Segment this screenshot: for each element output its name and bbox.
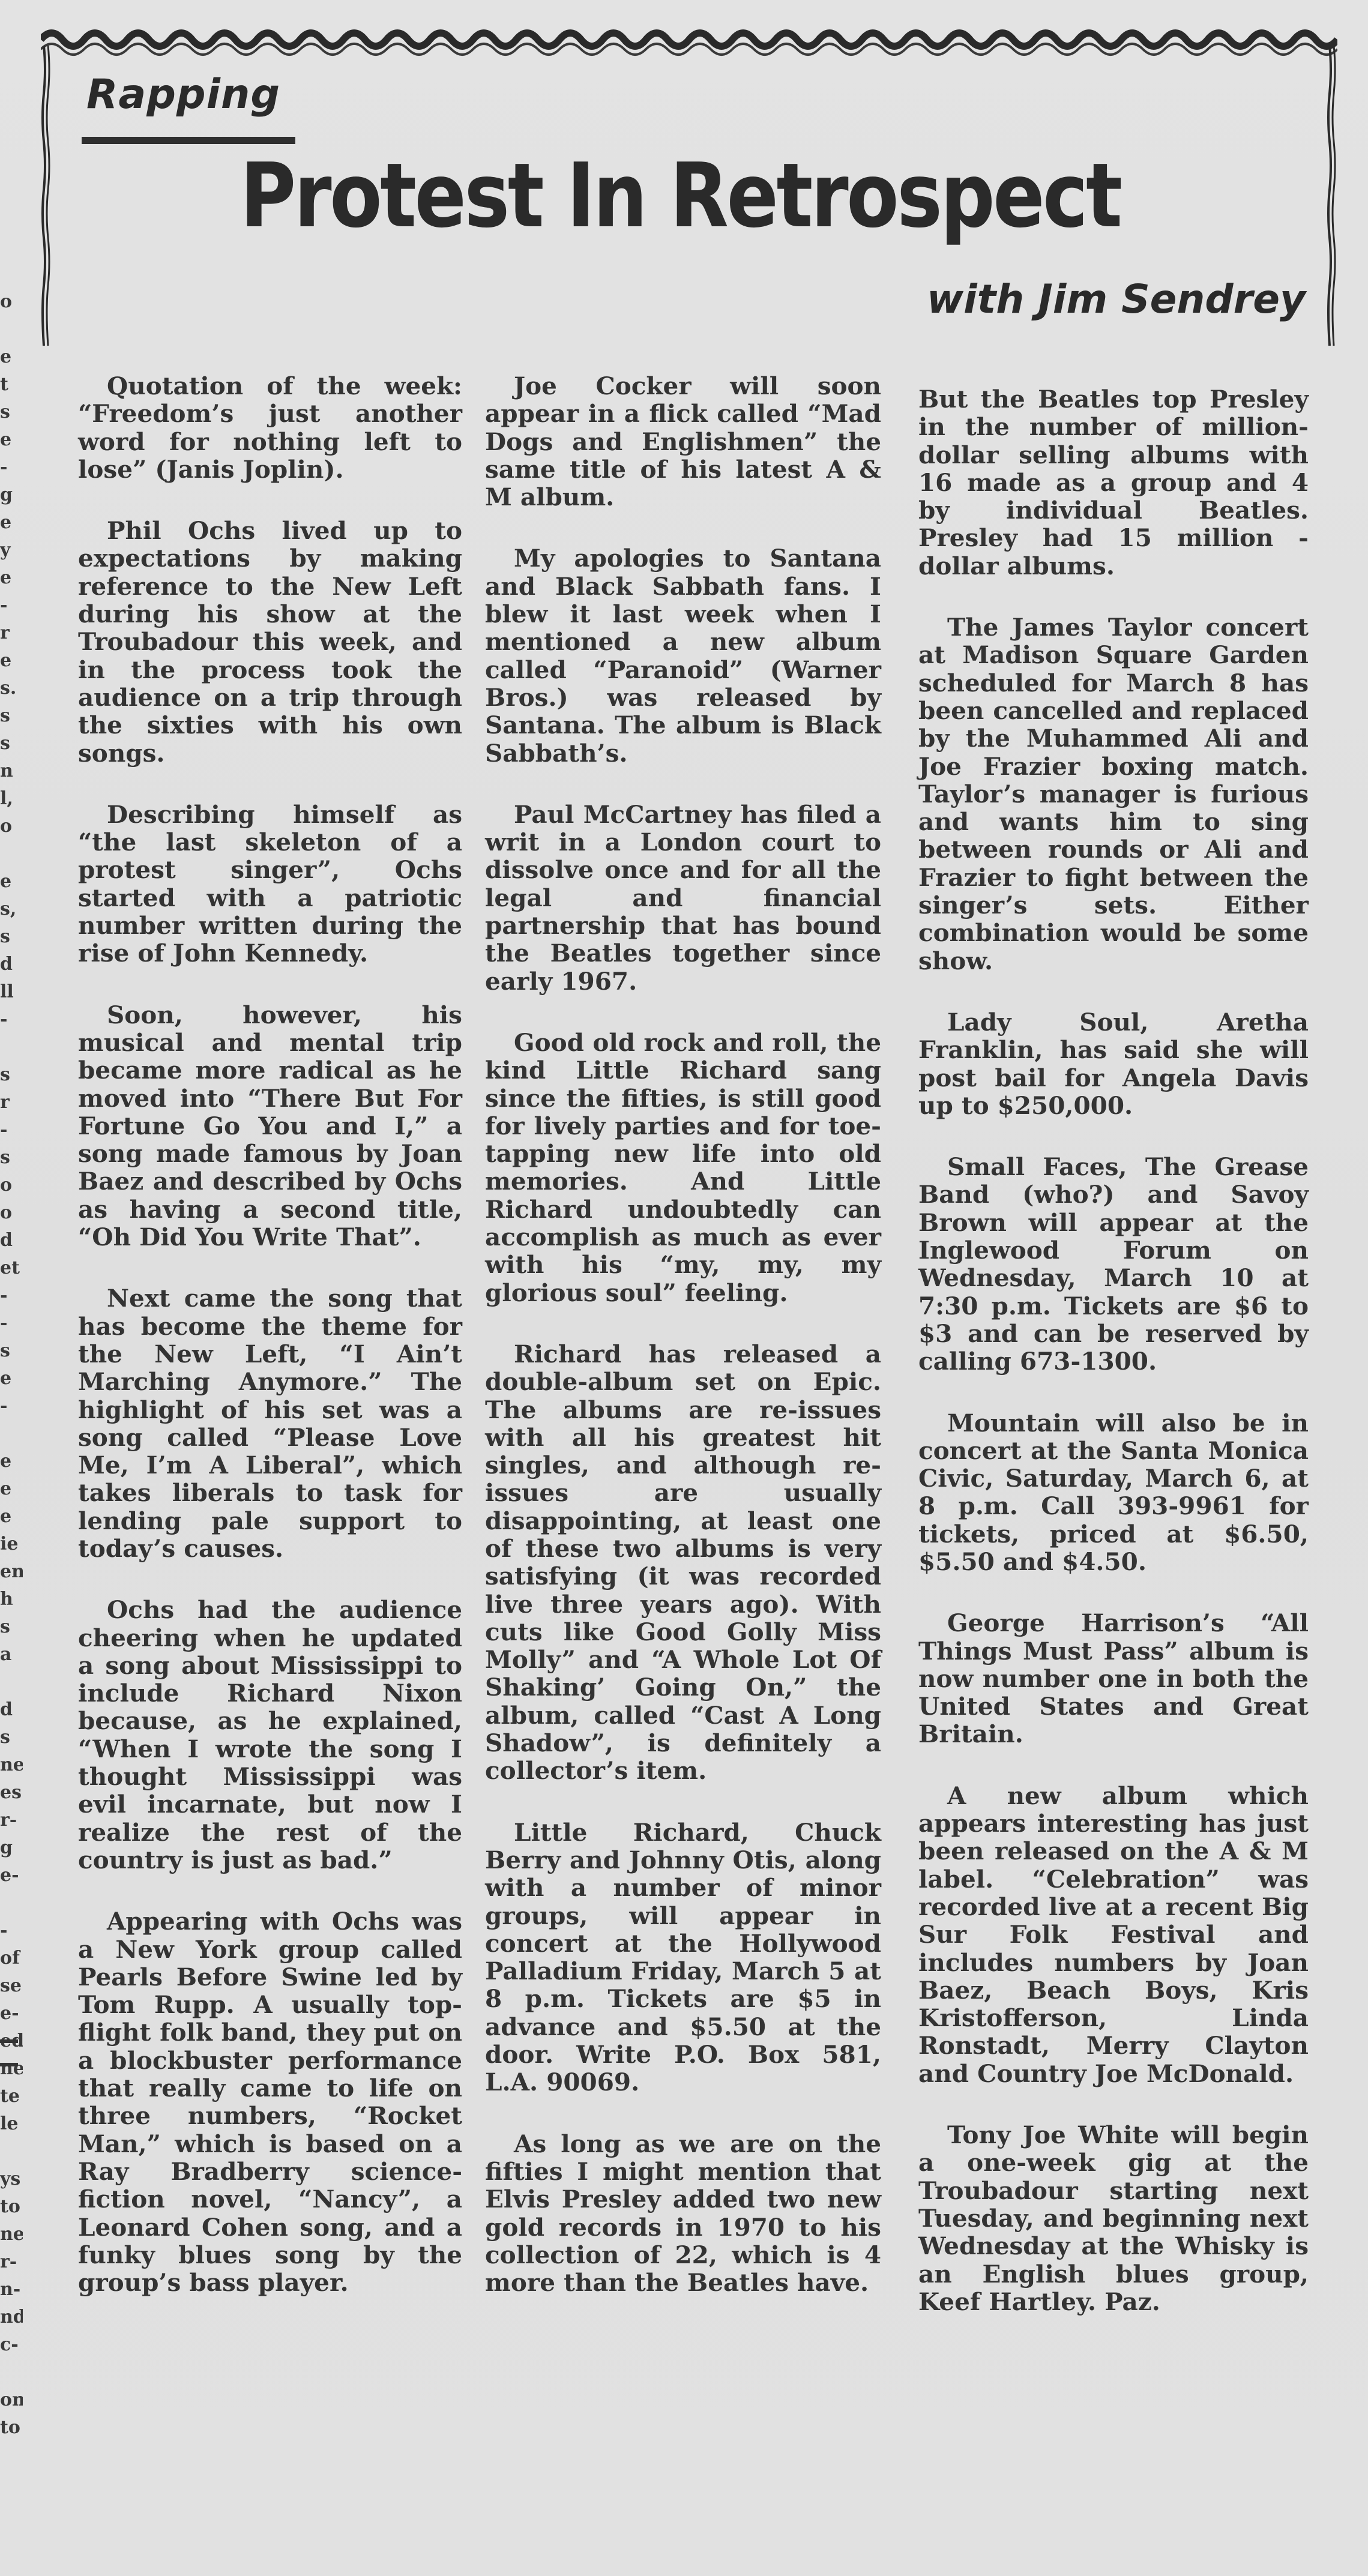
gutter-fragment: s <box>0 1144 23 1172</box>
kicker-underline <box>82 137 295 144</box>
gutter-fragment: s <box>0 399 23 426</box>
gutter-fragment: h <box>0 1586 23 1613</box>
gutter-fragment: s. <box>0 675 23 702</box>
paragraph: Tony Joe White will begin a one-week gig… <box>918 2121 1309 2316</box>
gutter-fragment: to <box>0 2414 23 2442</box>
gutter-fragment: to <box>0 2193 23 2221</box>
wavy-border-top <box>41 22 1337 58</box>
gutter-fragment: se <box>0 1972 23 2000</box>
article-column-2: Joe Cocker will soon appear in a flick c… <box>485 372 881 2330</box>
paragraph: Joe Cocker will soon appear in a flick c… <box>485 372 881 511</box>
gutter-fragment: s <box>0 1337 23 1365</box>
gutter-rule <box>0 2063 18 2066</box>
gutter-fragment: d <box>0 1696 23 1724</box>
gutter-fragment: - <box>0 1006 23 1034</box>
gutter-fragment: le <box>0 2110 23 2138</box>
gutter-fragment: e- <box>0 2000 23 2027</box>
gutter-fragment: y <box>0 537 23 564</box>
gutter-fragment: e <box>0 1475 23 1503</box>
gutter-fragment: ie <box>0 1530 23 1558</box>
gutter-fragment: e- <box>0 1862 23 1889</box>
article-headline: Protest In Retrospect <box>240 144 1121 247</box>
gutter-fragment: e <box>0 1365 23 1392</box>
gutter-fragment <box>0 2359 23 2386</box>
gutter-rule <box>0 2039 18 2043</box>
gutter-fragment: o <box>0 288 23 316</box>
gutter-fragment: d <box>0 1227 23 1254</box>
gutter-fragment: ne <box>0 2055 23 2083</box>
gutter-fragment: et <box>0 1254 23 1282</box>
gutter-fragment: s <box>0 702 23 730</box>
gutter-fragment: e <box>0 343 23 371</box>
paragraph: Ochs had the audience cheering when he u… <box>78 1596 462 1874</box>
gutter-fragment: r- <box>0 2248 23 2276</box>
gutter-fragment: e <box>0 564 23 592</box>
paragraph: Mountain will also be in concert at the … <box>918 1409 1309 1576</box>
gutter-fragment <box>0 1034 23 1061</box>
paragraph: Paul McCartney has filed a writ in a Lon… <box>485 801 881 995</box>
paragraph: A new album which appears interesting ha… <box>918 1782 1309 2087</box>
gutter-fragment: es <box>0 1779 23 1807</box>
gutter-fragment: of <box>0 1945 23 1972</box>
gutter-fragment: - <box>0 1310 23 1337</box>
gutter-fragment: l, <box>0 785 23 813</box>
paragraph: Phil Ochs lived up to expectations by ma… <box>78 517 462 767</box>
gutter-fragment: e <box>0 647 23 675</box>
paragraph: Describing himself as “the last skeleton… <box>78 801 462 968</box>
gutter-fragment: g <box>0 481 23 509</box>
paragraph: Soon, however, his musical and mental tr… <box>78 1001 462 1251</box>
gutter-fragment: s <box>0 923 23 951</box>
gutter-fragment: d <box>0 951 23 978</box>
gutter-fragment: e <box>0 426 23 454</box>
gutter-fragment <box>0 2138 23 2165</box>
gutter-fragment: e <box>0 509 23 537</box>
gutter-fragment: - <box>0 592 23 619</box>
paragraph: But the Beatles top Presley in the numbe… <box>918 385 1309 580</box>
gutter-fragment <box>0 1420 23 1448</box>
paragraph: Lady Soul, Aretha Franklin, has said she… <box>918 1008 1309 1119</box>
article-column-3: But the Beatles top Presley in the numbe… <box>918 385 1309 2349</box>
gutter-fragment: n- <box>0 2276 23 2304</box>
gutter-fragment: - <box>0 454 23 481</box>
gutter-fragment: on <box>0 2386 23 2414</box>
gutter-fragment: s <box>0 1061 23 1089</box>
gutter-fragment: o <box>0 813 23 840</box>
gutter-fragment: r <box>0 619 23 647</box>
paragraph: Richard has released a double-album set … <box>485 1340 881 1785</box>
gutter-fragment: s <box>0 1613 23 1641</box>
gutter-fragment: ne <box>0 2221 23 2248</box>
gutter-fragment: e <box>0 1448 23 1475</box>
gutter-fragment: e <box>0 1503 23 1530</box>
gutter-fragment <box>0 316 23 343</box>
gutter-fragment <box>0 1669 23 1696</box>
paragraph: Appearing with Ochs was a New York group… <box>78 1907 462 2296</box>
newspaper-page: o etse-geye-res.ssnl,o es,sdll- sr-soode… <box>0 0 1368 2576</box>
gutter-fragment <box>0 840 23 868</box>
gutter-fragment: s <box>0 1724 23 1751</box>
gutter-fragment: te <box>0 2083 23 2110</box>
byline: with Jim Sendrey <box>927 276 1306 322</box>
gutter-fragment: s, <box>0 895 23 923</box>
paragraph: Little Richard, Chuck Berry and Johnny O… <box>485 1819 881 2096</box>
paragraph: Small Faces, The Grease Band (who?) and … <box>918 1153 1309 1375</box>
gutter-fragment: o <box>0 1172 23 1199</box>
gutter-fragment: r <box>0 1089 23 1116</box>
paragraph: Next came the song that has become the t… <box>78 1284 462 1562</box>
section-kicker: Rapping <box>86 71 280 118</box>
paragraph: Quotation of the week: “Freedom’s just a… <box>78 372 462 483</box>
gutter-fragment: - <box>0 1116 23 1144</box>
gutter-fragment: ne <box>0 1751 23 1779</box>
gutter-fragment: r- <box>0 1807 23 1834</box>
gutter-fragment: t <box>0 371 23 399</box>
adjacent-column-fragments: o etse-geye-res.ssnl,o es,sdll- sr-soode… <box>0 288 23 2509</box>
gutter-fragment: e <box>0 868 23 895</box>
paragraph: The James Taylor concert at Madison Squa… <box>918 613 1309 975</box>
paragraph: Good old rock and roll, the kind Little … <box>485 1029 881 1307</box>
gutter-fragment: g <box>0 1834 23 1862</box>
gutter-fragment: nd <box>0 2304 23 2331</box>
paragraph: As long as we are on the fifties I might… <box>485 2130 881 2297</box>
gutter-fragment: s <box>0 730 23 757</box>
gutter-fragment: a <box>0 1641 23 1669</box>
gutter-fragment: ys <box>0 2165 23 2193</box>
gutter-fragment: en <box>0 1558 23 1586</box>
gutter-fragment: o <box>0 1199 23 1227</box>
gutter-fragment: - <box>0 1282 23 1310</box>
wavy-border-right <box>1327 46 1337 346</box>
gutter-fragment: - <box>0 1917 23 1945</box>
paragraph: My apologies to Santana and Black Sabbat… <box>485 544 881 766</box>
paragraph: George Harrison’s “All Things Must Pass”… <box>918 1609 1309 1748</box>
gutter-fragment <box>0 1889 23 1917</box>
gutter-fragment: ll <box>0 978 23 1006</box>
gutter-fragment: - <box>0 1392 23 1420</box>
gutter-fragment: n <box>0 757 23 785</box>
wavy-border-left <box>41 46 52 346</box>
article-column-1: Quotation of the week: “Freedom’s just a… <box>78 372 462 2330</box>
gutter-fragment: c- <box>0 2331 23 2359</box>
